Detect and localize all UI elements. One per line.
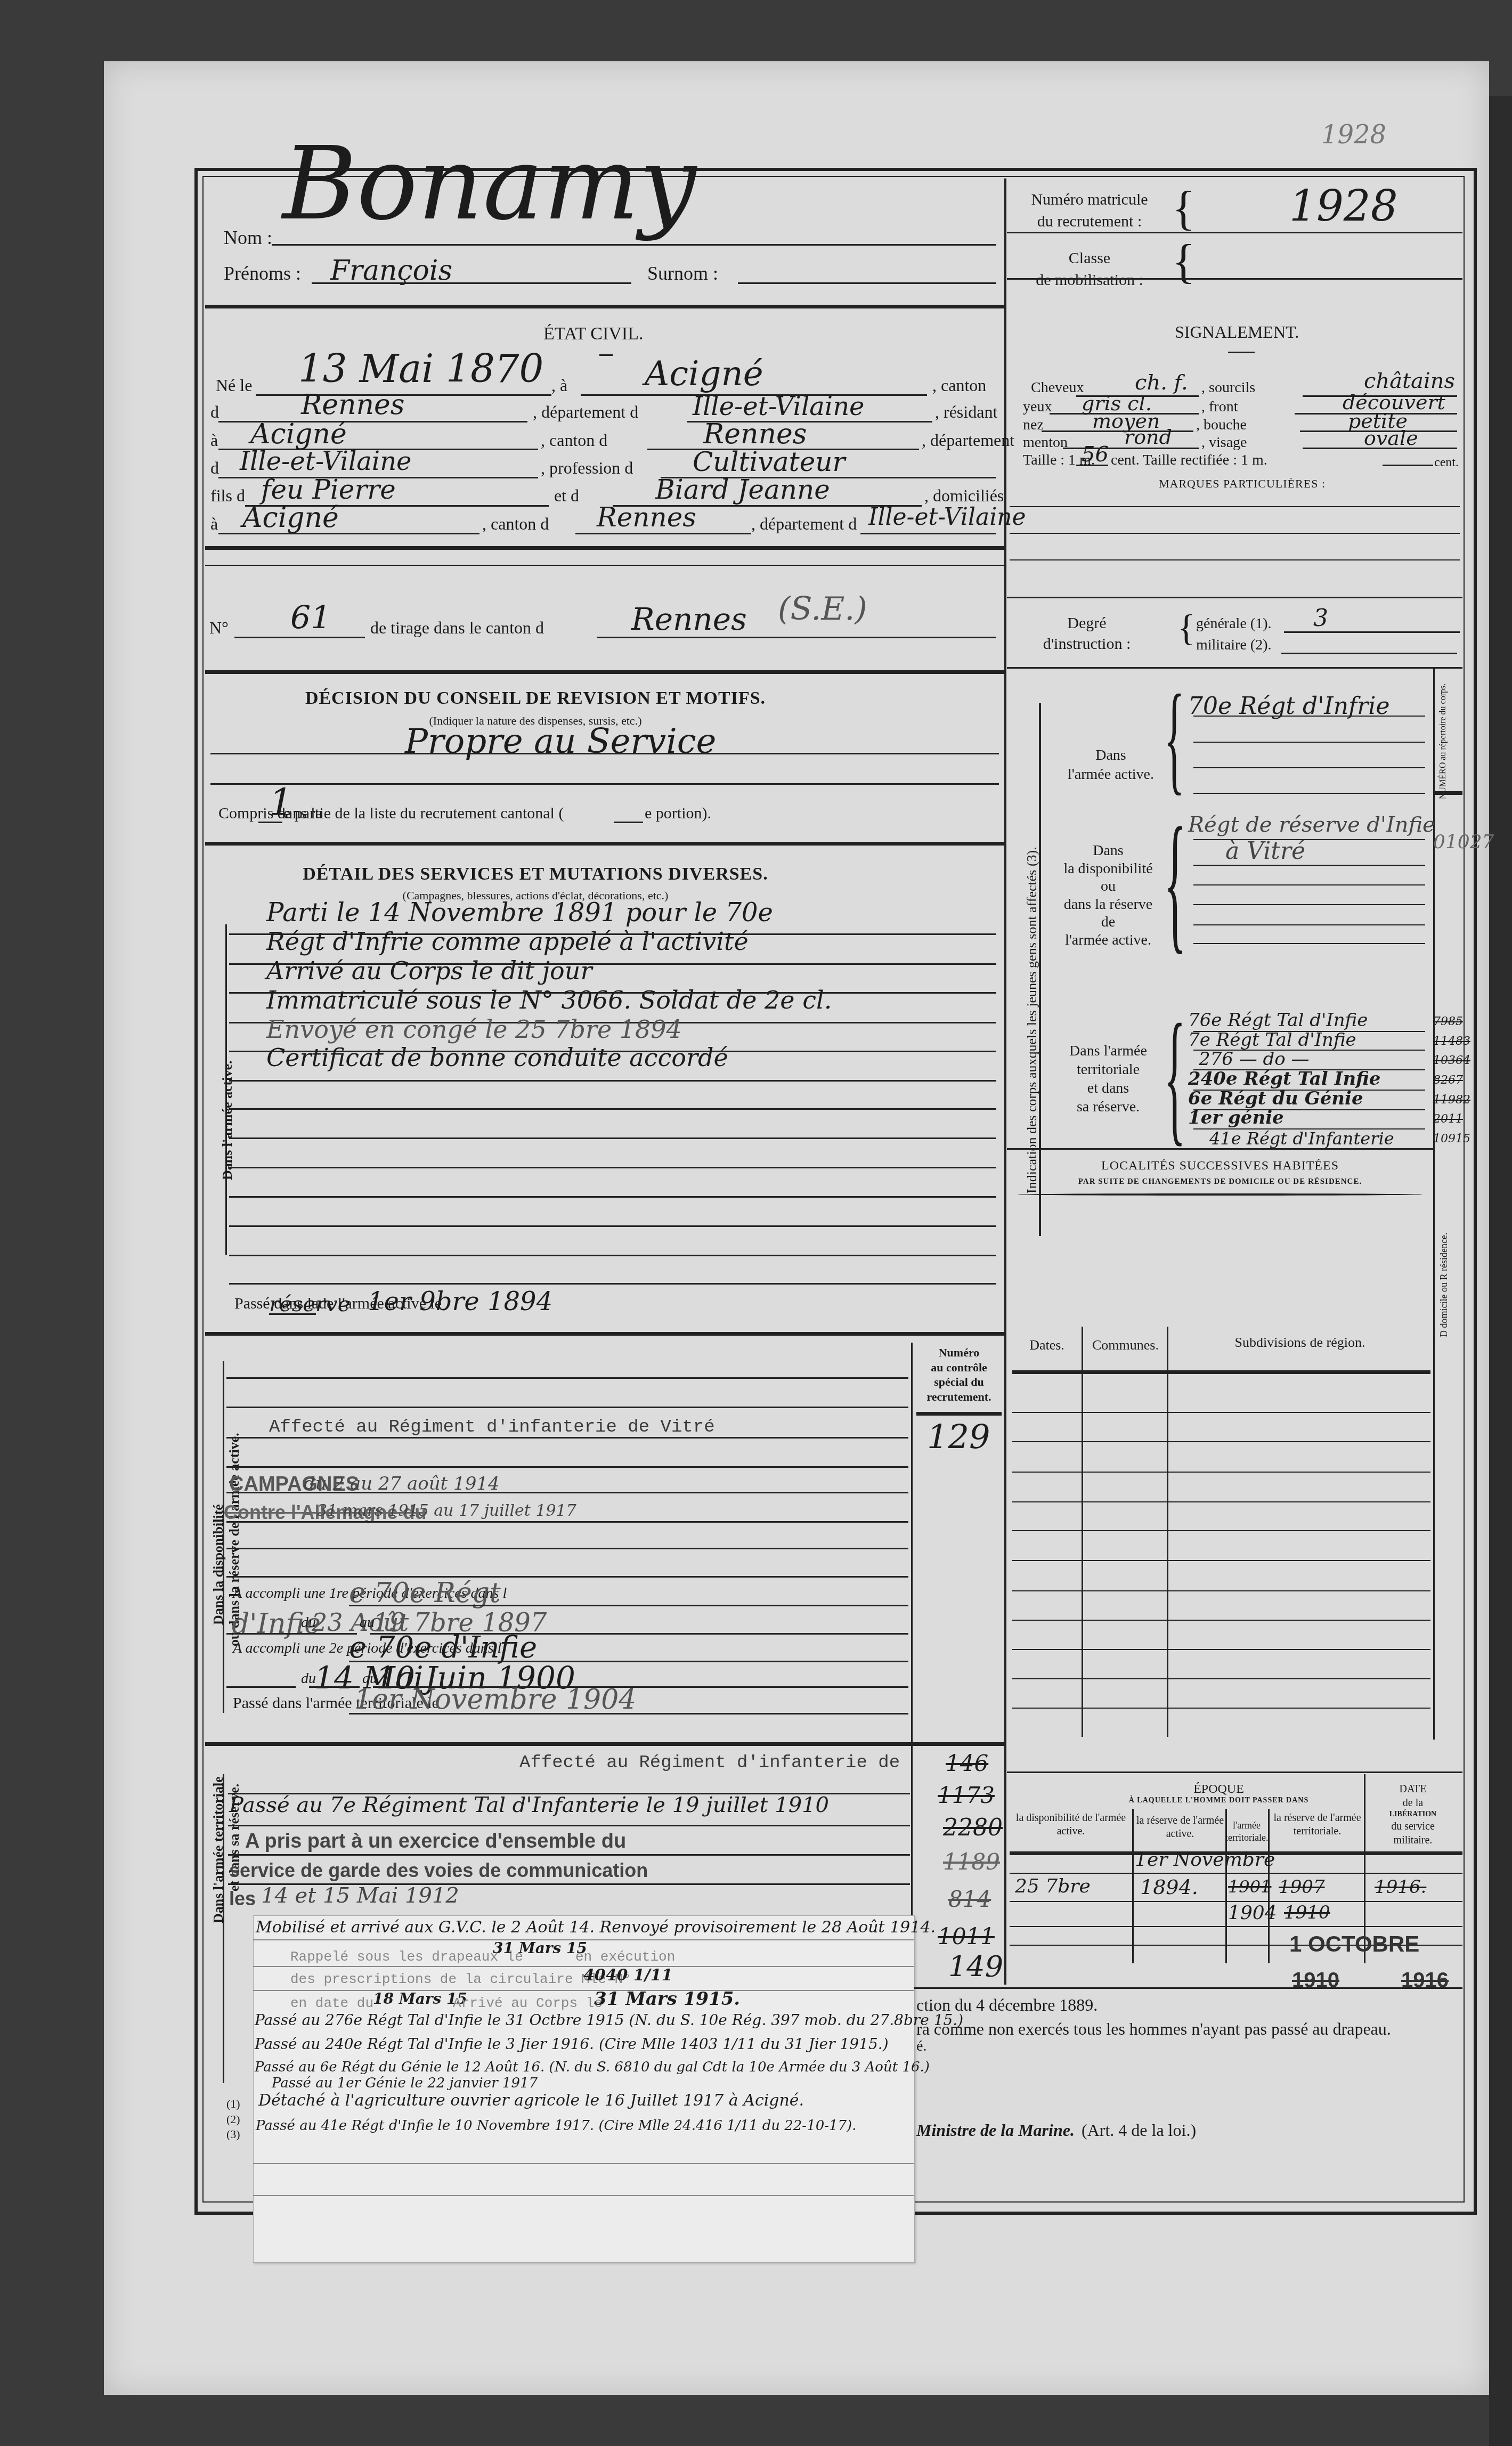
- pere-value[interactable]: feu Pierre: [261, 474, 396, 505]
- underline: [269, 1313, 316, 1315]
- territ-numero: 7985: [1433, 1015, 1463, 1028]
- et-de-label: et d: [554, 486, 579, 506]
- section-divider: [205, 565, 1004, 566]
- ruled-line: [1193, 742, 1425, 743]
- sourcils-label: , sourcils: [1201, 379, 1255, 396]
- section-divider: [205, 1332, 1004, 1336]
- ruled-line: [229, 1225, 996, 1227]
- label-line: de: [1050, 913, 1167, 931]
- ruled-line: [1012, 1412, 1430, 1413]
- territ-line: 7e Régt Tal d'Infie: [1188, 1029, 1356, 1051]
- header-line: Numéro: [914, 1345, 1004, 1360]
- ruled-line: [1010, 559, 1460, 560]
- underline: [349, 1605, 908, 1606]
- label-line: Dans: [1060, 746, 1161, 765]
- underline: [597, 637, 996, 638]
- ruled-line: [226, 1437, 908, 1439]
- ruled-line: [1010, 1873, 1462, 1874]
- bracket: [1039, 703, 1041, 1236]
- underline: [575, 533, 751, 534]
- dom-value[interactable]: Acigné: [242, 502, 339, 534]
- label-line: Dans l'armée: [1044, 1042, 1172, 1060]
- surnom-underline: [738, 282, 996, 284]
- brace-line: [1018, 1193, 1422, 1196]
- label-line: ou: [1050, 877, 1167, 896]
- ruled-line: [1012, 1708, 1430, 1709]
- footnote-markers: (1) (2) (3): [226, 2096, 240, 2142]
- territoriale-date-struck: 1901: [1228, 1876, 1271, 1897]
- slip-circulaire-no: 4040 1/11: [583, 1966, 673, 1985]
- slip-execution-stamp: en exécution: [575, 1949, 675, 1965]
- territoriale-date[interactable]: 1904: [1228, 1902, 1277, 1924]
- residence-a-label: à: [210, 430, 218, 450]
- residence-canton-value[interactable]: Rennes: [703, 418, 807, 450]
- passe-date-value[interactable]: 1er 9bre 1894: [368, 1287, 552, 1317]
- exercice-stamp-1: A pris part à un exercice d'ensemble du: [245, 1830, 626, 1853]
- slip-arrive-value: 31 Mars 1915.: [594, 1988, 740, 2010]
- label-line: Numéro matricule: [1023, 189, 1156, 211]
- localites-subtitle: PAR SUITE DE CHANGEMENTS DE DOMICILE OU …: [1007, 1177, 1433, 1187]
- footnote-1: ction du 4 décembre 1889.: [916, 1995, 1098, 2015]
- underline: [234, 637, 365, 638]
- departement-value[interactable]: Ille-et-Vilaine: [693, 392, 865, 421]
- col-header-dates: Dates.: [1012, 1337, 1082, 1353]
- exercice-stamp-2: service de garde des voies de communicat…: [229, 1859, 648, 1882]
- divider: [914, 1987, 1462, 1989]
- territ-numero: 11483: [1433, 1035, 1470, 1048]
- footnote-4-italic: Ministre de la Marine.: [916, 2120, 1075, 2140]
- residence-value[interactable]: Acigné: [250, 418, 347, 450]
- exercice-stamp-3: les: [229, 1888, 256, 1910]
- prenoms-underline: [312, 282, 631, 284]
- lieu-naissance-value[interactable]: Acigné: [645, 354, 763, 394]
- dom-canton-value[interactable]: Rennes: [597, 502, 696, 533]
- slip-passage-240: Passé au 240e Régt Tal d'Infie le 3 Jier…: [255, 2035, 889, 2053]
- territoriale-value[interactable]: 1er Novembre 1904: [354, 1684, 636, 1716]
- territ-line: 240e Régt Tal Infie: [1188, 1068, 1380, 1090]
- underline: [210, 753, 999, 754]
- periode1-au-label: au: [360, 1614, 375, 1631]
- liberation-header: DATE de la LIBÉRATION du service militai…: [1365, 1782, 1461, 1847]
- canton-de-label: d: [210, 402, 219, 422]
- divider: [1007, 278, 1462, 280]
- numero-struck: 1011: [938, 1923, 995, 1949]
- ruled-line: [229, 1167, 996, 1168]
- decision-value[interactable]: Propre au Service: [405, 722, 716, 761]
- underline: [218, 533, 479, 534]
- campagnes-1: du 2 au 27 août 1914: [304, 1473, 500, 1494]
- territoriale-side-label-1: Dans l'armée territoriale: [210, 1776, 226, 1923]
- signalement-title: SIGNALEMENT.: [1175, 322, 1299, 342]
- header-underline: [1012, 1370, 1430, 1374]
- label-line: et dans: [1044, 1079, 1172, 1098]
- service-line-5: Envoyé en congé le 25 7bre 1894: [266, 1015, 682, 1044]
- tirage-no-label: N°: [209, 618, 229, 638]
- territ-numero: 11982: [1433, 1093, 1470, 1107]
- section-divider: [205, 1742, 1004, 1746]
- footnote-marker: (1): [226, 2096, 240, 2112]
- brace-icon: {: [1164, 805, 1186, 959]
- territ-line: 76e Régt Tal d'Infie: [1188, 1010, 1368, 1031]
- tirage-note: (S.E.): [778, 590, 867, 628]
- sourcils-value[interactable]: châtains: [1364, 369, 1455, 393]
- affecte-vitre: Affecté au Régiment d'infanterie de Vitr…: [269, 1417, 715, 1437]
- underline: [226, 1686, 296, 1688]
- label-line: sa réserve.: [1044, 1098, 1172, 1116]
- underline: [1383, 465, 1433, 466]
- numero-struck: 814: [948, 1886, 991, 1912]
- taille-rectifiee-label: cent. Taille rectifiée : 1 m.: [1111, 452, 1267, 469]
- nom-label: Nom :: [224, 226, 272, 249]
- residant-label: , résidant: [935, 402, 997, 422]
- header-line: au contrôle: [914, 1360, 1004, 1375]
- footnote-3: é.: [916, 2038, 926, 2055]
- col-divider: [1082, 1327, 1083, 1737]
- underline: [1076, 465, 1108, 466]
- dom-dept-value[interactable]: Ille-et-Vilaine: [868, 503, 1026, 531]
- service-line-2: Régt d'Infrie comme appelé à l'activité: [266, 927, 749, 956]
- label-line: dans la réserve: [1050, 896, 1167, 914]
- territ-line: 41e Régt d'Infanterie: [1209, 1128, 1394, 1149]
- label-line: l'armée active.: [1050, 931, 1167, 949]
- ruled-line: [1193, 943, 1425, 944]
- col-divider: [1167, 1327, 1168, 1737]
- ruled-line: [253, 1990, 914, 1991]
- dom-a-label: à: [210, 514, 218, 534]
- label-line: d'instruction :: [1036, 633, 1137, 654]
- ruled-line: [226, 1377, 908, 1379]
- slip-rappele-stamp: Rappelé sous les drapeaux le: [290, 1949, 523, 1965]
- header-line: du service: [1365, 1819, 1461, 1833]
- ruled-line: [1010, 533, 1460, 534]
- territ-numero: 8267: [1433, 1074, 1463, 1087]
- surnom-label: Surnom :: [647, 262, 718, 285]
- visage-value[interactable]: ovale: [1364, 426, 1418, 450]
- service-line-1: Parti le 14 Novembre 1891 pour le 70e: [266, 898, 773, 928]
- numero-controle-header: Numéro au contrôle spécial du recrutemen…: [914, 1345, 1004, 1404]
- brace-icon: {: [1172, 181, 1195, 236]
- active-label: Dans l'armée active.: [1060, 746, 1161, 785]
- ruled-line: [1012, 1649, 1430, 1650]
- underline: [309, 1686, 360, 1688]
- nez-label: nez: [1023, 417, 1044, 434]
- ruled-line: [1193, 716, 1425, 717]
- col-header-subdivisions: Subdivisions de région.: [1169, 1335, 1430, 1351]
- date-naissance-value[interactable]: 13 Mai 1870: [298, 346, 543, 391]
- underline: [1284, 631, 1460, 633]
- generale-label: générale (1).: [1196, 615, 1271, 632]
- ruled-line: [1012, 1472, 1430, 1473]
- marques-label: MARQUES PARTICULIÈRES :: [1159, 477, 1326, 491]
- service-line-6: Certificat de bonne conduite accordé: [266, 1043, 728, 1072]
- footnote-4: (Art. 4 de la loi.): [1082, 2120, 1196, 2140]
- header-line: de la: [1365, 1796, 1461, 1810]
- periode2-du-label: du: [301, 1670, 316, 1687]
- etat-civil-title: ÉTAT CIVIL.: [543, 324, 643, 344]
- underline: [210, 783, 999, 785]
- prenoms-label: Prénoms :: [224, 262, 301, 285]
- matricule-value[interactable]: 1928: [1289, 181, 1398, 231]
- title-dash: [1228, 352, 1255, 353]
- territ-numero[interactable]: 10915: [1433, 1132, 1470, 1145]
- label-line: Degré: [1036, 613, 1137, 633]
- numero-struck: 1189: [943, 1849, 1000, 1875]
- slip-line-mobilise: Mobilisé et arrivé aux G.V.C. le 2 Août …: [256, 1918, 936, 1937]
- generale-value[interactable]: 3: [1313, 605, 1328, 632]
- cent-label: cent.: [1434, 456, 1459, 470]
- ruled-line: [1012, 1590, 1430, 1591]
- label-line: Dans: [1050, 842, 1167, 860]
- ruled-line: [253, 2195, 914, 2196]
- cheveux-label: Cheveux: [1031, 379, 1084, 396]
- ruled-line: [1012, 1441, 1430, 1442]
- reserve-date-top: 1er Novembre: [1135, 1849, 1275, 1871]
- label-line: de mobilisation :: [1023, 270, 1156, 291]
- militaire-label: militaire (2).: [1196, 637, 1272, 654]
- slip-rappele-date: 31 Mars 15: [493, 1939, 587, 1957]
- ruled-line: [228, 1854, 910, 1856]
- localites-side-label: D domicile ou R résidence.: [1438, 1233, 1450, 1337]
- tirage-canton-value[interactable]: Rennes: [631, 601, 747, 637]
- ruled-line: [1012, 1678, 1430, 1679]
- label-line: territoriale: [1044, 1060, 1172, 1079]
- profession-label: , profession d: [541, 458, 633, 478]
- reserve-territ-date-struck-2: 1910: [1284, 1902, 1330, 1923]
- classe-label: Classe de mobilisation :: [1023, 248, 1156, 291]
- localites-title: LOCALITÉS SUCCESSIVES HABITÉES: [1007, 1159, 1433, 1173]
- a-label: , à: [551, 376, 567, 395]
- departement-label: , département d: [533, 402, 638, 422]
- ruled-line: [226, 1548, 908, 1549]
- header-line: recrutement.: [914, 1389, 1004, 1404]
- slip-detache-agriculture: Détaché à l'agriculture ouvrier agricole…: [258, 2091, 804, 2110]
- affecte-stamp: Affecté au Régiment d'infanterie de: [519, 1753, 900, 1773]
- ne-le-label: Né le: [216, 376, 252, 395]
- label-line: Classe: [1023, 248, 1156, 270]
- section-divider: [205, 305, 1004, 308]
- stamp-year-1910: 1910: [1292, 1969, 1339, 1993]
- col-header-dispo: la disponibilité de l'armée active.: [1010, 1811, 1132, 1838]
- ruled-line: [1012, 1530, 1430, 1531]
- ruled-line: [229, 1137, 996, 1139]
- label-line: du recrutement :: [1023, 211, 1156, 233]
- front-label: , front: [1201, 399, 1238, 416]
- ruled-line: [226, 1492, 908, 1493]
- underline: [1281, 653, 1457, 654]
- ruled-line: [228, 1825, 910, 1826]
- bouche-label: , bouche: [1196, 417, 1247, 434]
- territ-line: 276 — do —: [1199, 1049, 1310, 1070]
- campagnes-2: 31 mars 1915 au 17 juillet 1917: [317, 1501, 576, 1520]
- fils-de-label: fils d: [210, 486, 245, 506]
- corner-note: 1928: [1321, 120, 1386, 150]
- brace-icon: {: [1172, 234, 1195, 289]
- territoriale-line-1: Passé au 7e Régiment Tal d'Infanterie le…: [229, 1793, 829, 1817]
- canton-value[interactable]: Rennes: [301, 389, 404, 421]
- mere-value[interactable]: Biard Jeanne: [655, 474, 830, 505]
- ruled-line: [226, 1521, 908, 1523]
- divider: [1007, 1771, 1462, 1773]
- nom-value[interactable]: Bonamy: [282, 133, 696, 234]
- territ-numero: 10364: [1433, 1054, 1470, 1067]
- dom-dept-label: , département d: [751, 514, 857, 534]
- liberation-date-struck: 1916.: [1375, 1876, 1426, 1898]
- col-header-reserve: la réserve de l'armée active.: [1135, 1814, 1225, 1841]
- residence-canton-label: , canton d: [541, 430, 607, 450]
- service-line-3: Arrivé au Corps le dit jour: [266, 956, 592, 985]
- section-divider: [205, 670, 1004, 674]
- domicilies-label: , domiciliés: [924, 486, 1004, 506]
- col-header-reserve-territ: la réserve de l'armée territoriale.: [1271, 1811, 1364, 1838]
- brace-icon: {: [1164, 1002, 1185, 1151]
- liberation-stamp-date: 1 OCTOBRE: [1289, 1931, 1419, 1957]
- ruled-line: [1193, 904, 1425, 905]
- territ-line: 6e Régt du Génie: [1188, 1088, 1363, 1109]
- header-line: DATE: [1365, 1782, 1461, 1796]
- residence-dept-label: , département: [922, 430, 1014, 450]
- prenoms-value[interactable]: François: [330, 255, 452, 287]
- ruled-line: [226, 1576, 908, 1578]
- affectations-side-label: Indication des corps auxquels les jeunes…: [1024, 847, 1040, 1193]
- stamp-year-1916: 1916: [1401, 1969, 1449, 1993]
- header-line: spécial du: [914, 1375, 1004, 1389]
- exercice-dates: 14 et 15 Mai 1912: [261, 1883, 459, 1908]
- header-line: LIBÉRATION: [1365, 1810, 1461, 1819]
- compris-label-3: e portion).: [645, 805, 711, 823]
- ruled-line: [1012, 1560, 1430, 1561]
- ruled-line: [229, 1080, 996, 1082]
- periode1-value[interactable]: e 70e Régt: [349, 1577, 501, 1609]
- dispo-numero: 01027: [1433, 831, 1494, 853]
- divider: [1007, 597, 1462, 598]
- col-divider: [1132, 1809, 1134, 1963]
- residence-dept-prefix: d: [210, 458, 219, 478]
- services-side-label: Dans l'armée active.: [220, 1060, 235, 1180]
- tirage-no-value[interactable]: 61: [290, 599, 331, 637]
- footnote-marker: (2): [226, 2112, 240, 2127]
- ruled-line: [226, 1407, 908, 1408]
- divider: [1007, 232, 1462, 233]
- numero-struck: 146: [946, 1750, 988, 1776]
- numero-controle-value[interactable]: 129: [927, 1417, 990, 1456]
- numero-repertoire-header: NUMÉRO au répertoire du corps.: [1438, 684, 1448, 799]
- slip-arrive-stamp: Arrivé au Corps le: [453, 1995, 603, 2011]
- menton-value[interactable]: rond: [1124, 425, 1172, 449]
- brace-icon: {: [1177, 607, 1196, 650]
- canton-label: , canton: [932, 376, 986, 395]
- territ-numero: 2011: [1433, 1112, 1463, 1126]
- ruled-line: [1012, 1620, 1430, 1621]
- header-divider: [1433, 791, 1462, 795]
- menton-label: menton: [1023, 434, 1068, 451]
- ruled-line: [1193, 865, 1425, 866]
- book-edge: [1489, 96, 1512, 2446]
- reserve-territ-date-struck: 1907: [1279, 1876, 1325, 1898]
- label-line: la disponibilité: [1050, 860, 1167, 878]
- matricule-label: Numéro matricule du recrutement :: [1023, 189, 1156, 232]
- slip-passage-1er-genie: Passé au 1er Génie le 22 janvier 1917: [272, 2075, 538, 2091]
- col-header-territoriale: l'armée territoriale.: [1225, 1819, 1268, 1843]
- service-line-4: Immatriculé sous le N° 3066. Soldat de 2…: [266, 986, 832, 1014]
- divider: [1007, 1148, 1433, 1150]
- tirage-canton-label: de tirage dans le canton d: [370, 618, 544, 638]
- reserve-date[interactable]: 1894.: [1140, 1875, 1198, 1899]
- ruled-line: [1193, 767, 1425, 768]
- dispo-value-1[interactable]: Régt de réserve d'Infie: [1188, 812, 1435, 837]
- ruled-line: [229, 1255, 996, 1256]
- numero-struck: 1173: [938, 1782, 995, 1808]
- divider: [1007, 667, 1462, 669]
- footnote-marker: (3): [226, 2127, 240, 2142]
- underline: [1303, 448, 1457, 449]
- label-line: l'armée active.: [1060, 765, 1161, 784]
- profession-value[interactable]: Cultivateur: [693, 446, 845, 477]
- ruled-line: [226, 1466, 908, 1468]
- ruled-line: [1193, 793, 1425, 794]
- slip-passage-276: Passé au 276e Régt Tal d'Infie le 31 Oct…: [255, 2011, 963, 2029]
- decision-title: DÉCISION DU CONSEIL DE REVISION ET MOTIF…: [264, 688, 807, 709]
- ruled-line: [1193, 884, 1425, 885]
- slip-prescriptions-stamp: des prescriptions de la circulaire Mle N…: [290, 1971, 631, 1987]
- taille-value[interactable]: 56: [1082, 442, 1109, 467]
- ruled-line: [1193, 924, 1425, 925]
- col-header-communes: Communes.: [1084, 1337, 1167, 1353]
- ruled-line: [253, 2163, 914, 2164]
- footnote-2: ra comme non exercés tous les hommes n'a…: [916, 2019, 1391, 2039]
- section-divider: [205, 546, 1004, 550]
- nom-underline: [272, 244, 996, 246]
- underline: [258, 822, 282, 823]
- underline: [349, 1713, 908, 1714]
- underline: [614, 822, 643, 823]
- dom-canton-label: , canton d: [482, 514, 549, 534]
- territ-label: Dans l'armée territoriale et dans sa rés…: [1044, 1042, 1172, 1116]
- yeux-label: yeux: [1023, 399, 1052, 416]
- header-line: militaire.: [1365, 1833, 1461, 1847]
- underline: [226, 1633, 322, 1635]
- compris-label-2: e partie de la liste du recrutement cant…: [283, 805, 564, 823]
- numero-struck: 2280: [943, 1814, 1003, 1841]
- ruled-line: [1010, 1926, 1462, 1927]
- residence-dept-value[interactable]: Ille-et-Vilaine: [240, 446, 412, 476]
- brace-icon: {: [1164, 677, 1185, 799]
- underline: [860, 533, 996, 534]
- ruled-line: [1010, 506, 1460, 507]
- slip-passage-genie: Passé au 6e Régt du Génie le 12 Août 16.…: [255, 2059, 930, 2075]
- dispo-label: Dans la disponibilité ou dans la réserve…: [1050, 842, 1167, 949]
- numero-current[interactable]: 149: [948, 1950, 1003, 1984]
- ruled-line: [229, 1196, 996, 1198]
- visage-label: , visage: [1201, 434, 1247, 451]
- header-divider: [916, 1412, 1002, 1416]
- services-title: DÉTAIL DES SERVICES ET MUTATIONS DIVERSE…: [264, 864, 807, 884]
- ruled-line: [229, 1283, 996, 1285]
- territ-line: 1er génie: [1188, 1107, 1284, 1128]
- dispo-value-2[interactable]: à Vitré: [1225, 838, 1305, 865]
- ruled-line: [1012, 1501, 1430, 1502]
- ruled-line: [229, 1108, 996, 1110]
- instruction-label: Degré d'instruction :: [1036, 613, 1137, 654]
- title-dash: [599, 354, 613, 356]
- dispo-date[interactable]: 25 7bre: [1015, 1875, 1091, 1897]
- section-divider: [205, 842, 1004, 846]
- slip-en-date-stamp: en date du: [290, 1995, 373, 2011]
- slip-passage-41e: Passé au 41e Régt d'Infie le 10 Novembre…: [256, 2118, 857, 2134]
